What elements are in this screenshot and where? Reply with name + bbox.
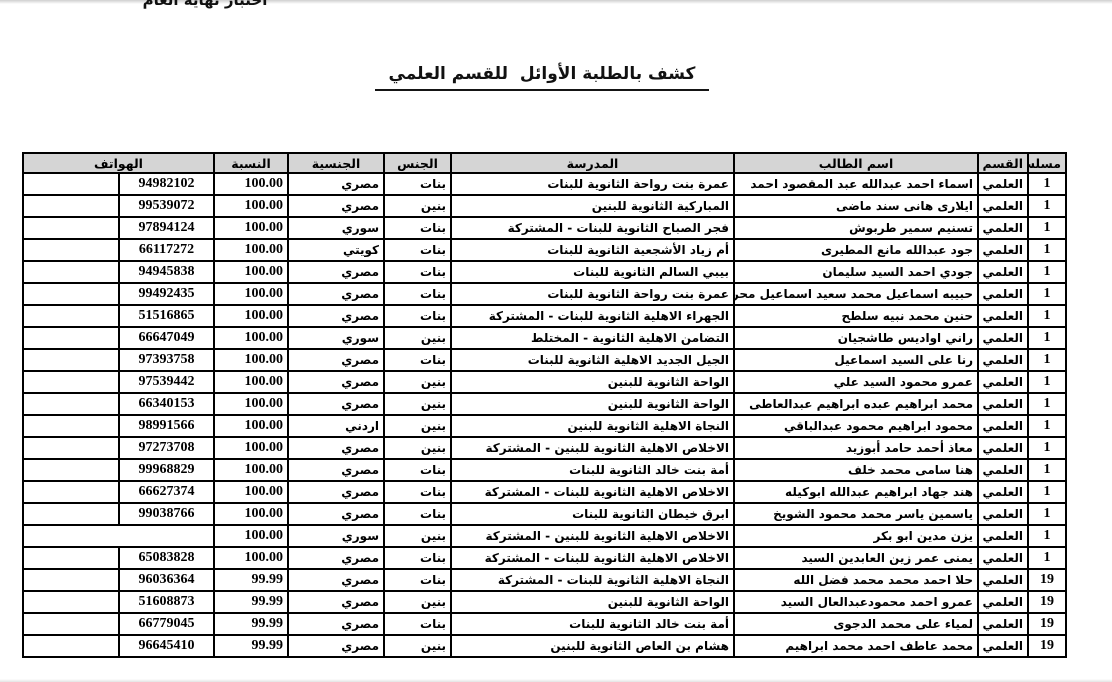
gender-cell: بنين xyxy=(384,591,451,613)
phone-blank-cell xyxy=(23,173,119,195)
phone-blank-cell xyxy=(23,305,119,327)
phone-blank-cell xyxy=(23,371,119,393)
school-cell: الاخلاص الاهلية الثانوية للبنات - المشتر… xyxy=(451,547,734,569)
school-cell: أم زياد الأشجعية الثانوية للبنات xyxy=(451,239,734,261)
header-nationality: الجنسية xyxy=(288,153,384,173)
percentage-cell: 99.99 xyxy=(214,635,288,657)
percentage-cell: 99.99 xyxy=(214,569,288,591)
phone-blank-cell xyxy=(23,195,119,217)
header-gender: الجنس xyxy=(384,153,451,173)
table-row: 1 العلمي عمرو محمود السيد علي الواحة الث… xyxy=(23,371,1066,393)
school-cell: بيبي السالم الثانوية للبنات xyxy=(451,261,734,283)
student-name-cell: حنين محمد نبيه سلطح xyxy=(734,305,978,327)
percentage-cell: 99.99 xyxy=(214,591,288,613)
percentage-cell: 100.00 xyxy=(214,239,288,261)
top-students-table: مسلسل القسم اسم الطالب المدرسة الجنس الج… xyxy=(22,152,1067,658)
section-cell: العلمي xyxy=(978,635,1028,657)
gender-cell: بنات xyxy=(384,217,451,239)
percentage-cell: 100.00 xyxy=(214,261,288,283)
percentage-cell: 100.00 xyxy=(214,525,288,547)
gender-cell: بنات xyxy=(384,261,451,283)
table-row: 1 العلمي هنا سامى محمد خلف أمة بنت خالد … xyxy=(23,459,1066,481)
section-cell: العلمي xyxy=(978,217,1028,239)
page-title: كشف بالطلبة الأوائل للقسم العلمي xyxy=(375,64,710,91)
phone-blank-cell xyxy=(23,635,119,657)
phone-cell xyxy=(23,525,214,547)
phone-cell: 66627374 xyxy=(119,481,214,503)
table-row: 1 العلمي جودي احمد السيد سليمان بيبي الس… xyxy=(23,261,1066,283)
percentage-cell: 100.00 xyxy=(214,327,288,349)
section-cell: العلمي xyxy=(978,195,1028,217)
serial-cell: 1 xyxy=(1028,173,1066,195)
school-cell: فجر الصباح الثانوية للبنات - المشتركة xyxy=(451,217,734,239)
phone-cell: 94945838 xyxy=(119,261,214,283)
student-name-cell: جودي احمد السيد سليمان xyxy=(734,261,978,283)
nationality-cell: مصري xyxy=(288,591,384,613)
student-name-cell: يزن مدين ابو بكر xyxy=(734,525,978,547)
school-cell: أمة بنت خالد الثانوية للبنات xyxy=(451,459,734,481)
section-cell: العلمي xyxy=(978,547,1028,569)
gender-cell: بنين xyxy=(384,393,451,415)
serial-cell: 19 xyxy=(1028,635,1066,657)
phone-blank-cell xyxy=(23,481,119,503)
phone-cell: 97539442 xyxy=(119,371,214,393)
percentage-cell: 100.00 xyxy=(214,459,288,481)
percentage-cell: 100.00 xyxy=(214,195,288,217)
phone-blank-cell xyxy=(23,415,119,437)
serial-cell: 1 xyxy=(1028,195,1066,217)
gender-cell: بنات xyxy=(384,569,451,591)
percentage-cell: 100.00 xyxy=(214,503,288,525)
school-cell: الواحة الثانوية للبنين xyxy=(451,393,734,415)
school-cell: المباركية الثانوية للبنين xyxy=(451,195,734,217)
phone-cell: 98991566 xyxy=(119,415,214,437)
school-cell: الجيل الجديد الاهلية الثانوية للبنات xyxy=(451,349,734,371)
phone-cell: 99968829 xyxy=(119,459,214,481)
table-row: 1 العلمي راني اواديس طاشجيان التضامن الا… xyxy=(23,327,1066,349)
section-cell: العلمي xyxy=(978,261,1028,283)
nationality-cell: سوري xyxy=(288,217,384,239)
phone-blank-cell xyxy=(23,459,119,481)
phone-cell: 66647049 xyxy=(119,327,214,349)
student-name-cell: عمرو احمد محمودعبدالعال السيد xyxy=(734,591,978,613)
serial-cell: 1 xyxy=(1028,393,1066,415)
phone-cell: 96036364 xyxy=(119,569,214,591)
student-name-cell: محمود ابراهيم محمود عبدالباقي xyxy=(734,415,978,437)
serial-cell: 1 xyxy=(1028,283,1066,305)
percentage-cell: 100.00 xyxy=(214,437,288,459)
phone-cell: 65083828 xyxy=(119,547,214,569)
nationality-cell: مصري xyxy=(288,349,384,371)
nationality-cell: مصري xyxy=(288,459,384,481)
section-cell: العلمي xyxy=(978,349,1028,371)
student-name-cell: لمياء على محمد الدجوى xyxy=(734,613,978,635)
phone-blank-cell xyxy=(23,437,119,459)
section-cell: العلمي xyxy=(978,305,1028,327)
gender-cell: بنات xyxy=(384,547,451,569)
section-cell: العلمي xyxy=(978,239,1028,261)
section-cell: العلمي xyxy=(978,459,1028,481)
table-row: 1 العلمي اسماء احمد عبدالله عبد المقصود … xyxy=(23,173,1066,195)
header-phones: الهواتف xyxy=(23,153,214,173)
table-row: 19 العلمي لمياء على محمد الدجوى أمة بنت … xyxy=(23,613,1066,635)
section-cell: العلمي xyxy=(978,591,1028,613)
nationality-cell: مصري xyxy=(288,173,384,195)
phone-cell: 99539072 xyxy=(119,195,214,217)
gender-cell: بنين xyxy=(384,525,451,547)
header-section: القسم xyxy=(978,153,1028,173)
phone-blank-cell xyxy=(23,503,119,525)
phone-cell: 99038766 xyxy=(119,503,214,525)
gender-cell: بنين xyxy=(384,437,451,459)
phone-blank-cell xyxy=(23,327,119,349)
student-name-cell: يمنى عمر زين العابدين السيد xyxy=(734,547,978,569)
section-cell: العلمي xyxy=(978,613,1028,635)
nationality-cell: مصري xyxy=(288,283,384,305)
school-cell: الواحة الثانوية للبنين xyxy=(451,371,734,393)
section-cell: العلمي xyxy=(978,503,1028,525)
school-cell: عمرة بنت رواحة الثانوية للبنات xyxy=(451,283,734,305)
table-row: 1 العلمي حبيبه اسماعيل محمد سعيد اسماعيل… xyxy=(23,283,1066,305)
nationality-cell: مصري xyxy=(288,305,384,327)
school-cell: النجاة الاهلية الثانوية للبنين xyxy=(451,415,734,437)
gender-cell: بنات xyxy=(384,305,451,327)
section-cell: العلمي xyxy=(978,481,1028,503)
nationality-cell: مصري xyxy=(288,547,384,569)
phone-blank-cell xyxy=(23,547,119,569)
header-serial: مسلسل xyxy=(1028,153,1066,173)
serial-cell: 1 xyxy=(1028,371,1066,393)
percentage-cell: 100.00 xyxy=(214,393,288,415)
nationality-cell: سوري xyxy=(288,327,384,349)
school-cell: الواحة الثانوية للبنين xyxy=(451,591,734,613)
phone-blank-cell xyxy=(23,239,119,261)
section-cell: العلمي xyxy=(978,437,1028,459)
student-name-cell: راني اواديس طاشجيان xyxy=(734,327,978,349)
student-name-cell: تسنيم سمير طربوش xyxy=(734,217,978,239)
phone-cell: 97393758 xyxy=(119,349,214,371)
table-row: 1 العلمي معاذ أحمد حامد أبوزيد الاخلاص ا… xyxy=(23,437,1066,459)
student-name-cell: اسماء احمد عبدالله عبد المقصود احمد xyxy=(734,173,978,195)
phone-cell: 97273708 xyxy=(119,437,214,459)
gender-cell: بنين xyxy=(384,415,451,437)
school-cell: أمة بنت خالد الثانوية للبنات xyxy=(451,613,734,635)
table-row: 1 العلمي يزن مدين ابو بكر الاخلاص الاهلي… xyxy=(23,525,1066,547)
section-cell: العلمي xyxy=(978,393,1028,415)
percentage-cell: 100.00 xyxy=(214,371,288,393)
serial-cell: 1 xyxy=(1028,239,1066,261)
phone-cell: 94982102 xyxy=(119,173,214,195)
student-name-cell: رنا على السيد اسماعيل xyxy=(734,349,978,371)
phone-cell: 51516865 xyxy=(119,305,214,327)
school-cell: الاخلاص الاهلية الثانوية للبنين - المشتر… xyxy=(451,525,734,547)
student-name-cell: ايلارى هانى سند ماضى xyxy=(734,195,978,217)
serial-cell: 1 xyxy=(1028,481,1066,503)
gender-cell: بنات xyxy=(384,173,451,195)
serial-cell: 1 xyxy=(1028,459,1066,481)
serial-cell: 1 xyxy=(1028,503,1066,525)
nationality-cell: مصري xyxy=(288,195,384,217)
phone-cell: 97894124 xyxy=(119,217,214,239)
percentage-cell: 100.00 xyxy=(214,173,288,195)
exam-type-note: اختبار نهاية العام xyxy=(95,0,315,9)
student-name-cell: حلا احمد محمد محمد فضل الله xyxy=(734,569,978,591)
gender-cell: بنات xyxy=(384,283,451,305)
student-name-cell: عمرو محمود السيد علي xyxy=(734,371,978,393)
table-row: 1 العلمي رنا على السيد اسماعيل الجيل الج… xyxy=(23,349,1066,371)
serial-cell: 1 xyxy=(1028,547,1066,569)
table-row: 1 العلمي جود عبدالله مانع المطيرى أم زيا… xyxy=(23,239,1066,261)
school-cell: عمرة بنت رواحة الثانوية للبنات xyxy=(451,173,734,195)
table-row: 1 العلمي حنين محمد نبيه سلطح الجهراء الا… xyxy=(23,305,1066,327)
phone-blank-cell xyxy=(23,217,119,239)
student-name-cell: جود عبدالله مانع المطيرى xyxy=(734,239,978,261)
nationality-cell: مصري xyxy=(288,481,384,503)
phone-cell: 96645410 xyxy=(119,635,214,657)
gender-cell: بنات xyxy=(384,613,451,635)
serial-cell: 1 xyxy=(1028,415,1066,437)
section-cell: العلمي xyxy=(978,173,1028,195)
table-row: 1 العلمي يمنى عمر زين العابدين السيد الا… xyxy=(23,547,1066,569)
percentage-cell: 100.00 xyxy=(214,305,288,327)
phone-cell: 66117272 xyxy=(119,239,214,261)
header-percentage: النسبة xyxy=(214,153,288,173)
table-row: 19 العلمي حلا احمد محمد محمد فضل الله ال… xyxy=(23,569,1066,591)
section-cell: العلمي xyxy=(978,327,1028,349)
nationality-cell: مصري xyxy=(288,613,384,635)
header-student-name: اسم الطالب xyxy=(734,153,978,173)
phone-blank-cell xyxy=(23,569,119,591)
phone-blank-cell xyxy=(23,591,119,613)
serial-cell: 1 xyxy=(1028,525,1066,547)
serial-cell: 1 xyxy=(1028,217,1066,239)
school-cell: ابرق خيطان الثانوية للبنات xyxy=(451,503,734,525)
phone-cell: 99492435 xyxy=(119,283,214,305)
student-name-cell: هند جهاد ابراهيم عبدالله ابوكيله xyxy=(734,481,978,503)
phone-blank-cell xyxy=(23,261,119,283)
phone-blank-cell xyxy=(23,613,119,635)
serial-cell: 19 xyxy=(1028,591,1066,613)
student-name-cell: محمد عاطف احمد محمد ابراهيم xyxy=(734,635,978,657)
student-name-cell: حبيبه اسماعيل محمد سعيد اسماعيل محرم xyxy=(734,283,978,305)
phone-blank-cell xyxy=(23,349,119,371)
gender-cell: بنات xyxy=(384,503,451,525)
serial-cell: 1 xyxy=(1028,305,1066,327)
percentage-cell: 99.99 xyxy=(214,613,288,635)
nationality-cell: كويتي xyxy=(288,239,384,261)
phone-cell: 66340153 xyxy=(119,393,214,415)
document-page: اختبار نهاية العام كشف بالطلبة الأوائل ل… xyxy=(0,0,1112,682)
table-row: 1 العلمي محمد ابراهيم عبده ابراهيم عبدال… xyxy=(23,393,1066,415)
nationality-cell: مصري xyxy=(288,437,384,459)
section-cell: العلمي xyxy=(978,569,1028,591)
title-container: كشف بالطلبة الأوائل للقسم العلمي xyxy=(0,64,1112,91)
gender-cell: بنات xyxy=(384,239,451,261)
section-cell: العلمي xyxy=(978,283,1028,305)
phone-blank-cell xyxy=(23,393,119,415)
table-header-row: مسلسل القسم اسم الطالب المدرسة الجنس الج… xyxy=(23,153,1066,173)
table-row: 1 العلمي تسنيم سمير طربوش فجر الصباح الث… xyxy=(23,217,1066,239)
gender-cell: بنات xyxy=(384,459,451,481)
table-row: 19 العلمي عمرو احمد محمودعبدالعال السيد … xyxy=(23,591,1066,613)
gender-cell: بنين xyxy=(384,371,451,393)
serial-cell: 1 xyxy=(1028,261,1066,283)
table-row: 1 العلمي ياسمين ياسر محمد محمود الشويخ ا… xyxy=(23,503,1066,525)
gender-cell: بنين xyxy=(384,195,451,217)
school-cell: النجاة الاهلية الثانوية للبنات - المشترك… xyxy=(451,569,734,591)
serial-cell: 19 xyxy=(1028,613,1066,635)
nationality-cell: مصري xyxy=(288,635,384,657)
phone-blank-cell xyxy=(23,283,119,305)
nationality-cell: اردني xyxy=(288,415,384,437)
serial-cell: 19 xyxy=(1028,569,1066,591)
serial-cell: 1 xyxy=(1028,349,1066,371)
student-name-cell: هنا سامى محمد خلف xyxy=(734,459,978,481)
header-school: المدرسة xyxy=(451,153,734,173)
phone-cell: 66779045 xyxy=(119,613,214,635)
nationality-cell: مصري xyxy=(288,503,384,525)
percentage-cell: 100.00 xyxy=(214,481,288,503)
table-row: 1 العلمي ايلارى هانى سند ماضى المباركية … xyxy=(23,195,1066,217)
nationality-cell: مصري xyxy=(288,371,384,393)
serial-cell: 1 xyxy=(1028,327,1066,349)
percentage-cell: 100.00 xyxy=(214,415,288,437)
gender-cell: بنات xyxy=(384,481,451,503)
serial-cell: 1 xyxy=(1028,437,1066,459)
student-name-cell: معاذ أحمد حامد أبوزيد xyxy=(734,437,978,459)
school-cell: التضامن الاهلية الثانوية - المختلط xyxy=(451,327,734,349)
percentage-cell: 100.00 xyxy=(214,217,288,239)
table-row: 1 العلمي هند جهاد ابراهيم عبدالله ابوكيل… xyxy=(23,481,1066,503)
percentage-cell: 100.00 xyxy=(214,547,288,569)
percentage-cell: 100.00 xyxy=(214,283,288,305)
student-name-cell: ياسمين ياسر محمد محمود الشويخ xyxy=(734,503,978,525)
school-cell: الاخلاص الاهلية الثانوية للبنين - المشتر… xyxy=(451,437,734,459)
nationality-cell: مصري xyxy=(288,569,384,591)
school-cell: هشام بن العاص الثانوية للبنين xyxy=(451,635,734,657)
nationality-cell: مصري xyxy=(288,393,384,415)
section-cell: العلمي xyxy=(978,525,1028,547)
nationality-cell: سوري xyxy=(288,525,384,547)
nationality-cell: مصري xyxy=(288,261,384,283)
gender-cell: بنين xyxy=(384,635,451,657)
table-row: 19 العلمي محمد عاطف احمد محمد ابراهيم هش… xyxy=(23,635,1066,657)
phone-cell: 51608873 xyxy=(119,591,214,613)
gender-cell: بنات xyxy=(384,349,451,371)
school-cell: الاخلاص الاهلية الثانوية للبنات - المشتر… xyxy=(451,481,734,503)
table-row: 1 العلمي محمود ابراهيم محمود عبدالباقي ا… xyxy=(23,415,1066,437)
student-name-cell: محمد ابراهيم عبده ابراهيم عبدالعاطى xyxy=(734,393,978,415)
gender-cell: بنين xyxy=(384,327,451,349)
percentage-cell: 100.00 xyxy=(214,349,288,371)
section-cell: العلمي xyxy=(978,415,1028,437)
school-cell: الجهراء الاهلية الثانوية للبنات - المشتر… xyxy=(451,305,734,327)
section-cell: العلمي xyxy=(978,371,1028,393)
